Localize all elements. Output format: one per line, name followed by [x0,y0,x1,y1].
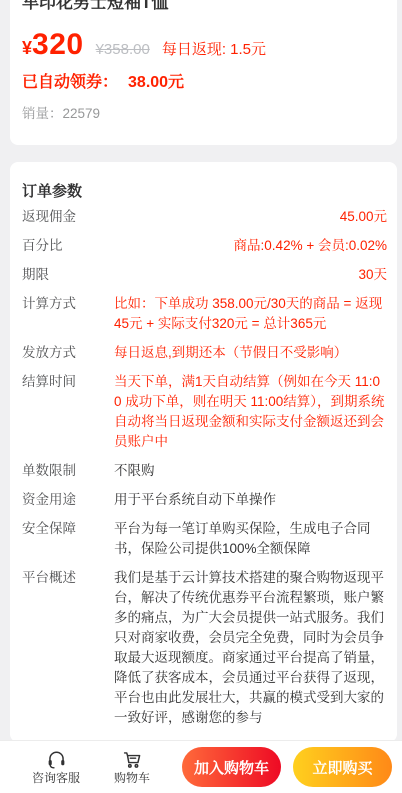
product-summary-card: 车印花男士短袖T恤 ¥ 320 ¥358.00 每日返现: 1.5元 已自动领券… [10,0,397,145]
currency-symbol: ¥ [22,38,32,59]
param-value: 当天下单，满1天自动结算（例如在今天 11:00 成功下单，则在明天 11:00… [114,372,387,452]
daily-cashback: 每日返现: 1.5元 [162,38,266,59]
param-row-calculation-method: 计算方式 比如：下单成功 358.00元/30天的商品 = 返现45元 + 实际… [20,294,387,334]
param-value: 我们是基于云计算技术搭建的聚合购物返现平台，解决了传统优惠券平台流程繁琐，账户繁… [114,568,387,728]
order-params-card: 订单参数 返现佣金 45.00元 百分比 商品:0.42% + 会员:0.02%… [10,162,397,742]
daily-cashback-label: 每日返现: [162,41,226,58]
param-value: 不限购 [114,461,387,481]
param-value: 平台为每一笔订单购买保险，生成电子合同书，保险公司提供100%全额保障 [114,519,387,559]
param-label: 资金用途 [20,490,114,510]
original-price: ¥358.00 [96,41,150,58]
param-label: 计算方式 [20,294,114,334]
param-label: 结算时间 [20,372,114,452]
headset-icon [46,749,67,771]
cart-label: 购物车 [114,771,150,785]
param-row-term: 期限 30天 [20,265,387,285]
product-title: 车印花男士短袖T恤 [22,0,385,13]
param-label: 返现佣金 [20,207,114,227]
product-detail-page: 车印花男士短袖T恤 ¥ 320 ¥358.00 每日返现: 1.5元 已自动领券… [0,0,402,742]
param-value: 用于平台系统自动下单操作 [114,490,387,510]
current-price: 320 [32,29,84,61]
param-value: 30天 [114,265,387,285]
coupon-row: 已自动领券：38.00元 [22,72,385,94]
param-row-settlement-time: 结算时间 当天下单，满1天自动结算（例如在今天 11:00 成功下单，则在明天 … [20,372,387,452]
param-row-cashback-commission: 返现佣金 45.00元 [20,207,387,227]
param-value: 45.00元 [114,207,387,227]
param-label: 期限 [20,265,114,285]
param-label: 发放方式 [20,343,114,363]
param-value: 商品:0.42% + 会员:0.02% [114,236,387,256]
cart-icon [122,749,143,771]
param-row-platform-overview: 平台概述 我们是基于云计算技术搭建的聚合购物返现平台，解决了传统优惠券平台流程繁… [20,568,387,728]
coupon-label: 已自动领券： [22,74,118,91]
customer-service-button[interactable]: 咨询客服 [18,749,94,785]
sales-value: 22579 [63,106,101,121]
param-value: 每日返息,到期还本（节假日不受影响） [114,343,387,363]
param-row-fund-usage: 资金用途 用于平台系统自动下单操作 [20,490,387,510]
param-row-security-guarantee: 安全保障 平台为每一笔订单购买保险，生成电子合同书，保险公司提供100%全额保障 [20,519,387,559]
param-row-payout-method: 发放方式 每日返息,到期还本（节假日不受影响） [20,343,387,363]
param-label: 单数限制 [20,461,114,481]
customer-service-label: 咨询客服 [32,771,80,785]
coupon-value: 38.00元 [128,74,184,91]
param-label: 百分比 [20,236,114,256]
cart-button[interactable]: 购物车 [94,749,170,785]
bottom-action-bar: 咨询客服 购物车 加入购物车 立即购买 [0,740,402,793]
param-label: 平台概述 [20,568,114,728]
param-row-order-limit: 单数限制 不限购 [20,461,387,481]
param-row-percentage: 百分比 商品:0.42% + 会员:0.02% [20,236,387,256]
price-row: ¥ 320 ¥358.00 每日返现: 1.5元 [22,29,385,61]
order-params-heading: 订单参数 [22,182,387,202]
buy-now-button[interactable]: 立即购买 [293,747,392,787]
sales-label: 销量： [22,106,63,121]
sales-count: 销量：22579 [22,105,385,123]
param-label: 安全保障 [20,519,114,559]
add-to-cart-button[interactable]: 加入购物车 [182,747,281,787]
param-value: 比如：下单成功 358.00元/30天的商品 = 返现45元 + 实际支付320… [114,294,387,334]
daily-cashback-value: 1.5元 [230,41,266,58]
